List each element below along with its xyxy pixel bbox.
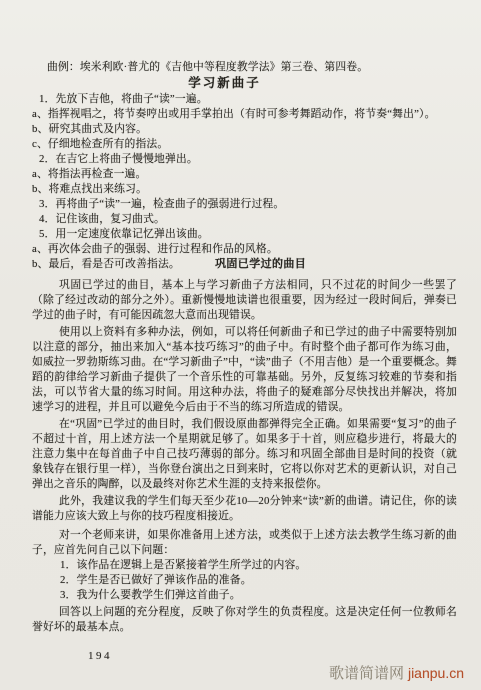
step-line: a、将指法再检查一遍。 xyxy=(32,167,457,182)
watermark: 歌谱简谱网jianpu.cn xyxy=(329,662,464,683)
question-line: 1．该作品在逻辑上是否紧接着学生所学过的内容。 xyxy=(32,558,457,573)
paragraph-consolidate-1: 巩固已学过的曲目，基本上与学习新曲子方法相同，只不过花的时间少一些罢了（除了经过… xyxy=(32,278,457,323)
page-number: 194 xyxy=(88,650,112,662)
heading-learn-new-piece: 学习新曲子 xyxy=(12,76,437,91)
heading-consolidate: 巩固已学过的曲目 xyxy=(215,257,306,272)
step-line: a、指挥视唱之，将节奏哼出或用手掌拍出（有时可参考舞蹈动作，将节奏“舞出”）。 xyxy=(32,107,457,122)
step-line: a、再次体会曲子的强弱、进行过程和作品的风格。 xyxy=(32,242,457,257)
step-line: 2．在吉它上将曲子慢慢地弹出。 xyxy=(32,152,457,167)
step-line: 1．先放下吉他，将曲子“读”一遍。 xyxy=(32,92,457,107)
watermark-site-name: 歌谱简谱网 xyxy=(329,666,404,682)
paragraph-consolidate-3: 在“巩固”已学过的曲目时，我们假设原曲都弹得完全正确。如果需要“复习”的曲子不超… xyxy=(32,417,457,492)
question-line: 2．学生是否已做好了弹该作品的准备。 xyxy=(32,573,457,588)
paragraph-reading-advice: 此外，我建议我的学生们每天至少花10—20分钟来“读”新的曲谱。请记住，你的读谱… xyxy=(32,494,457,524)
step-line: b、将难点找出来练习。 xyxy=(32,182,457,197)
step-line-with-heading: b、最后，看是否可改善指法。 巩固已学过的曲目 xyxy=(32,257,457,272)
step-line: 4．记住该曲，复习曲式。 xyxy=(32,212,457,227)
step-text: b、最后，看是否可改善指法。 xyxy=(32,258,180,270)
intro-line: 曲例：埃米利欧·普尤的《吉他中等程度教学法》第三卷、第四卷。 xyxy=(32,60,457,75)
paragraph-consolidate-2: 使用以上资料有多种办法，例如，可以将任何新曲子和已学过的曲子中需要特别加以注意的… xyxy=(32,325,457,415)
step-line: b、研究其曲式及内容。 xyxy=(32,122,457,137)
watermark-domain: jianpu.cn xyxy=(408,665,464,681)
scanned-book-page: 曲例：埃米利欧·普尤的《吉他中等程度教学法》第三卷、第四卷。 学习新曲子 1．先… xyxy=(0,0,481,690)
page-content: 曲例：埃米利欧·普尤的《吉他中等程度教学法》第三卷、第四卷。 学习新曲子 1．先… xyxy=(32,60,457,635)
closing-paragraph: 回答以上问题的充分程度，反映了你对学生的负责程度。这是决定任何一位教师名誉好坏的… xyxy=(32,605,457,635)
step-line: c、仔细地检查所有的指法。 xyxy=(32,137,457,152)
step-line: 5．用一定速度依靠记忆弹出该曲。 xyxy=(32,227,457,242)
paragraph-teacher-intro: 对一个老师来讲，如果你准备用上述方法，或类似于上述方法去教学生练习新的曲子，应首… xyxy=(32,528,457,558)
question-line: 3．我为什么要教学生们弹这首曲子。 xyxy=(32,588,457,603)
step-line: 3．再将曲子“读”一遍，检查曲子的强弱进行过程。 xyxy=(32,197,457,212)
